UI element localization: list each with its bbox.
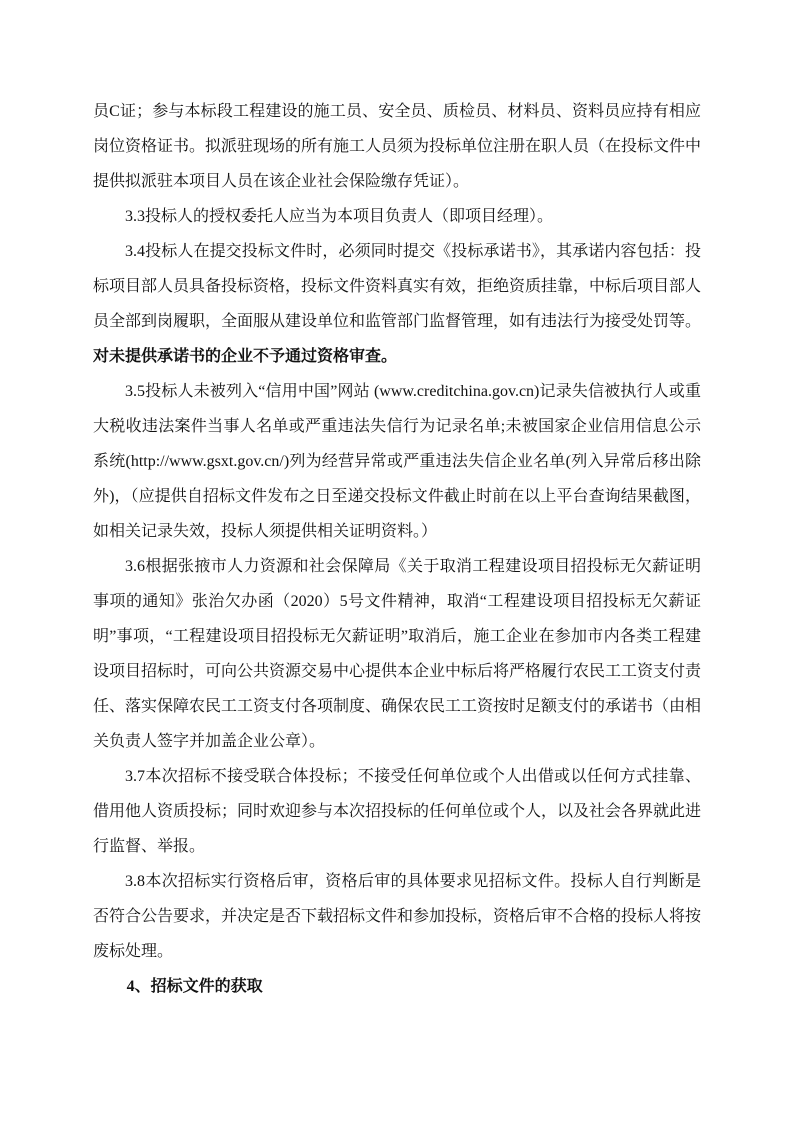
clause-3-3: 3.3投标人的授权委托人应当为本项目负责人（即项目经理）。 <box>93 199 701 234</box>
clause-3-4: 3.4投标人在提交投标文件时，必须同时提交《投标承诺书》，其承诺内容包括：投标项… <box>93 234 701 374</box>
clause-3-6: 3.6根据张掖市人力资源和社会保障局《关于取消工程建设项目招投标无欠薪证明事项的… <box>93 549 701 759</box>
paragraph-continuation: 员C证；参与本标段工程建设的施工员、安全员、质检员、材料员、资料员应持有相应岗位… <box>93 94 701 199</box>
clause-3-8: 3.8本次招标实行资格后审，资格后审的具体要求见招标文件。投标人自行判断是否符合… <box>93 864 701 969</box>
section-4-heading: 4、招标文件的获取 <box>93 969 701 1004</box>
clause-3-4-bold-text: 对未提供承诺书的企业不予通过资格审查。 <box>93 348 397 365</box>
clause-3-4-text: 3.4投标人在提交投标文件时，必须同时提交《投标承诺书》，其承诺内容包括：投标项… <box>93 243 701 330</box>
document-page: 员C证；参与本标段工程建设的施工员、安全员、质检员、材料员、资料员应持有相应岗位… <box>0 0 793 1122</box>
clause-3-7: 3.7本次招标不接受联合体投标；不接受任何单位或个人出借或以任何方式挂靠、借用他… <box>93 759 701 864</box>
clause-3-5: 3.5投标人未被列入“信用中国”网站 (www.creditchina.gov.… <box>93 374 701 549</box>
